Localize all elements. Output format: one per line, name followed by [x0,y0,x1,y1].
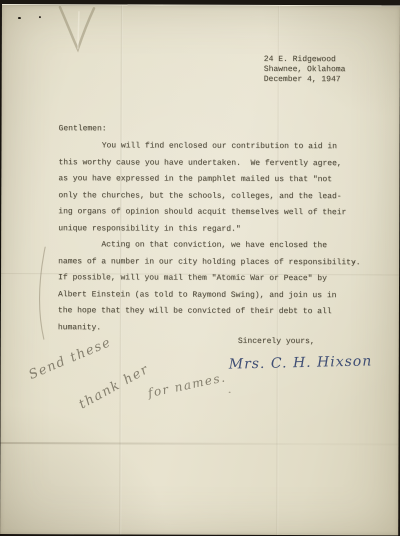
stain-speck [39,16,41,18]
stain-speck [18,17,21,19]
pencil-note-line-2: thank her [77,362,152,412]
stain-speck [229,392,231,393]
sender-address-date-block: 24 E. Ridgewood Shawnee, Oklahoma Decemb… [264,55,346,85]
pencil-note-line-1: Send these [27,335,114,383]
top-left-crease-highlight [78,11,79,49]
left-margin-crease [39,247,45,339]
closing-line: Sincerely yours, [238,337,315,346]
handwritten-signature: Mrs. C. H. Hixson [229,353,373,372]
salutation: Gentlemen: [59,124,107,133]
horizontal-crease-shadow [0,442,398,445]
pencil-note-line-3: for names. [147,370,228,400]
body-paragraph-2: Acting on that conviction, we have enclo… [58,237,361,337]
scanned-letter: 24 E. Ridgewood Shawnee, Oklahoma Decemb… [0,0,400,536]
top-left-crease [60,7,94,49]
letter-page: 24 E. Ridgewood Shawnee, Oklahoma Decemb… [0,4,400,535]
body-paragraph-1: You will find enclosed our contribution … [58,138,346,238]
scan-background: { "page": { "background_color": "#17130e… [0,0,400,536]
